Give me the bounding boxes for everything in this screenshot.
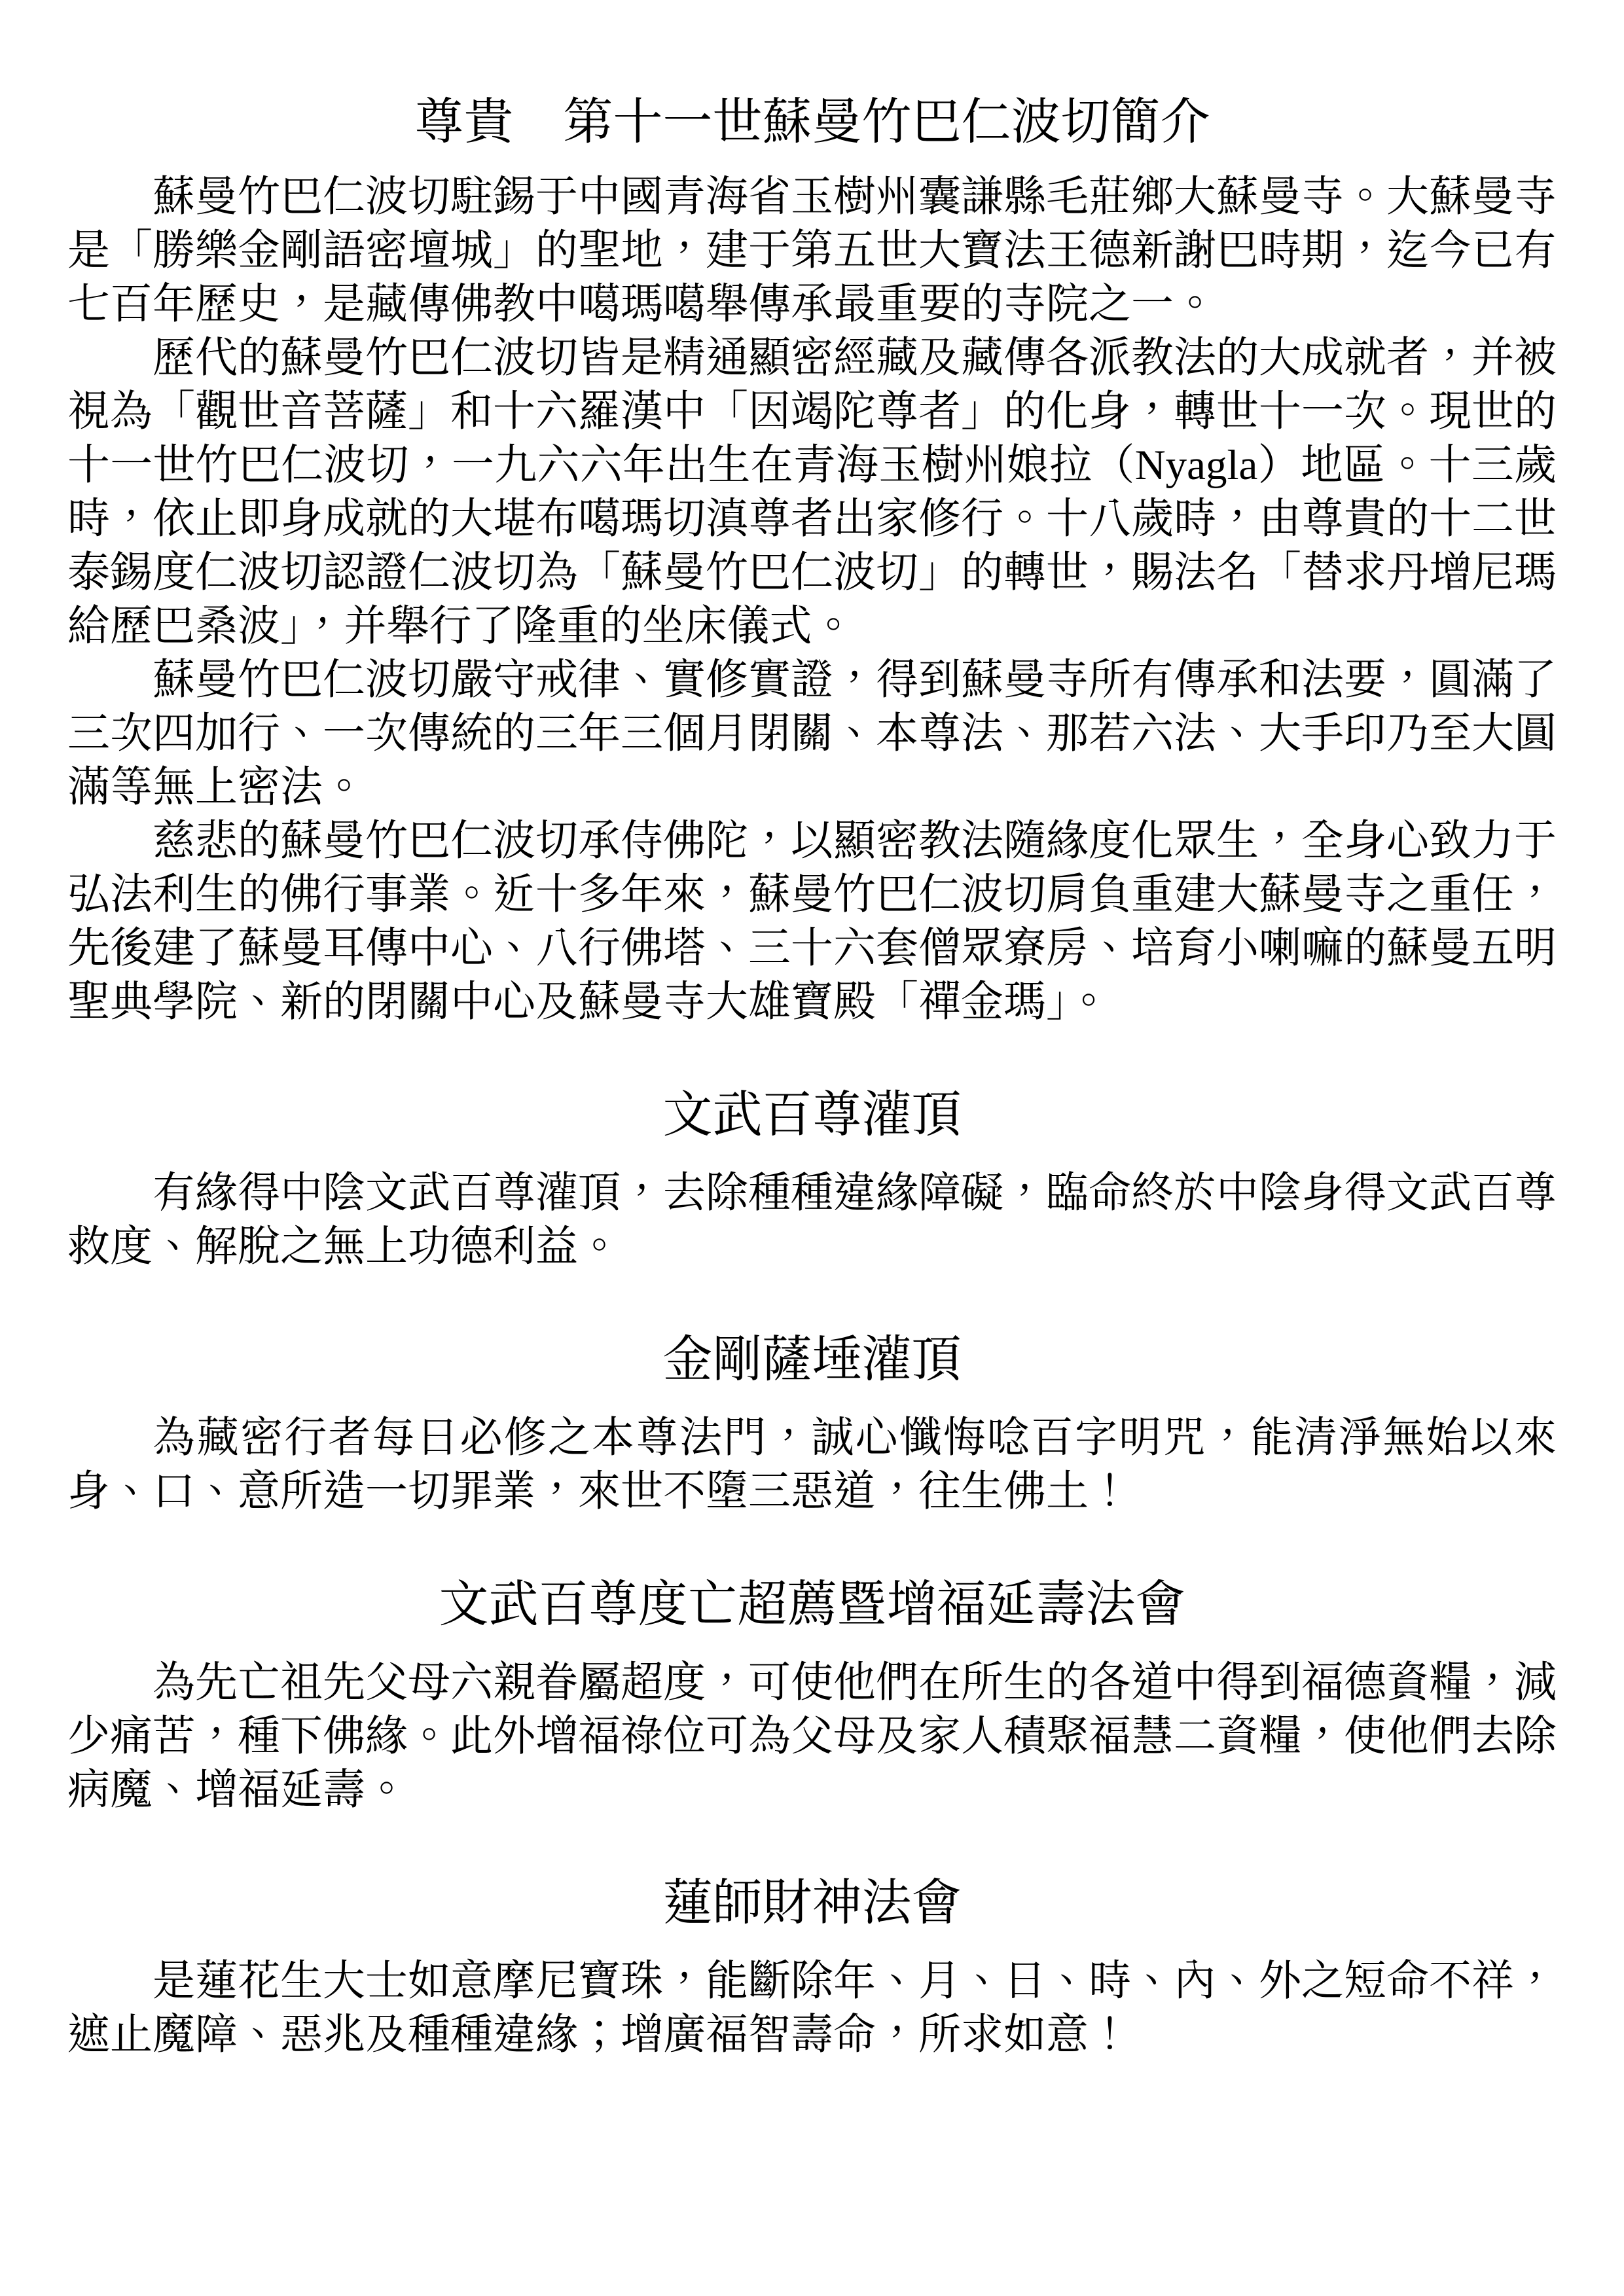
document-page: 尊貴 第十一世蘇曼竹巴仁波切簡介 蘇曼竹巴仁波切駐錫于中國青海省玉樹州囊謙縣毛莊…	[0, 0, 1624, 2296]
section-paragraph-deliverance-puja: 為先亡祖先父母六親眷屬超度，可使他們在所生的各道中得到福德資糧，減少痛苦，種下佛…	[67, 1656, 1557, 1817]
intro-paragraph-2: 歷代的蘇曼竹巴仁波切皆是精通顯密經藏及藏傳各派教法的大成就者，并被視為「觀世音菩…	[67, 331, 1557, 653]
intro-section: 蘇曼竹巴仁波切駐錫于中國青海省玉樹州囊謙縣毛莊鄉大蘇曼寺。大蘇曼寺是「勝樂金剛語…	[67, 170, 1557, 1029]
section-heading-wenwu-empowerment: 文武百尊灌頂	[67, 1085, 1557, 1147]
document-title: 尊貴 第十一世蘇曼竹巴仁波切簡介	[67, 92, 1557, 154]
section-deliverance-puja: 文武百尊度亡超薦暨增福延壽法會 為先亡祖先父母六親眷屬超度，可使他們在所生的各道…	[67, 1574, 1557, 1817]
intro-paragraph-4: 慈悲的蘇曼竹巴仁波切承侍佛陀，以顯密教法隨緣度化眾生，全身心致力于弘法利生的佛行…	[67, 814, 1557, 1029]
section-guru-wealth-puja: 蓮師財神法會 是蓮花生大士如意摩尼寶珠，能斷除年、月、日、時、內、外之短命不祥，…	[67, 1873, 1557, 2062]
section-paragraph-wenwu-empowerment: 有緣得中陰文武百尊灌頂，去除種種違緣障礙，臨命終於中陰身得文武百尊救度、解脫之無…	[67, 1166, 1557, 1274]
section-paragraph-vajrasattva-empowerment: 為藏密行者每日必修之本尊法門，誠心懺悔唸百字明咒，能清淨無始以來身、口、意所造一…	[67, 1411, 1557, 1518]
section-heading-vajrasattva-empowerment: 金剛薩埵灌頂	[67, 1329, 1557, 1391]
section-wenwu-empowerment: 文武百尊灌頂 有緣得中陰文武百尊灌頂，去除種種違緣障礙，臨命終於中陰身得文武百尊…	[67, 1085, 1557, 1274]
section-heading-guru-wealth-puja: 蓮師財神法會	[67, 1873, 1557, 1935]
intro-paragraph-1: 蘇曼竹巴仁波切駐錫于中國青海省玉樹州囊謙縣毛莊鄉大蘇曼寺。大蘇曼寺是「勝樂金剛語…	[67, 170, 1557, 331]
section-heading-deliverance-puja: 文武百尊度亡超薦暨增福延壽法會	[67, 1574, 1557, 1636]
section-vajrasattva-empowerment: 金剛薩埵灌頂 為藏密行者每日必修之本尊法門，誠心懺悔唸百字明咒，能清淨無始以來身…	[67, 1329, 1557, 1518]
section-paragraph-guru-wealth-puja: 是蓮花生大士如意摩尼寶珠，能斷除年、月、日、時、內、外之短命不祥，遮止魔障、惡兆…	[67, 1954, 1557, 2062]
intro-paragraph-3: 蘇曼竹巴仁波切嚴守戒律、實修實證，得到蘇曼寺所有傳承和法要，圓滿了三次四加行、一…	[67, 653, 1557, 814]
